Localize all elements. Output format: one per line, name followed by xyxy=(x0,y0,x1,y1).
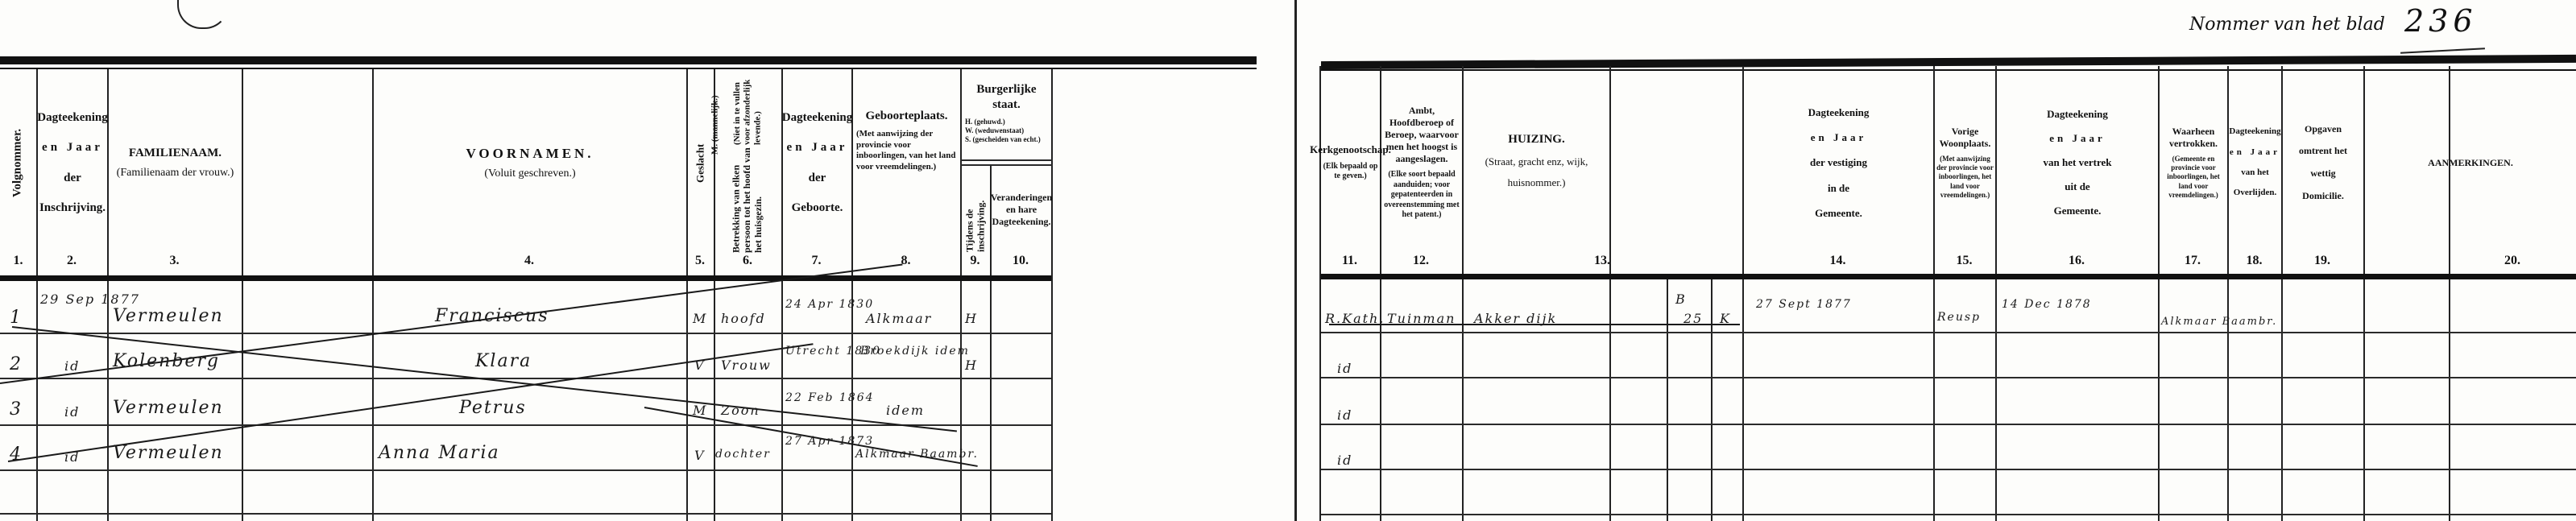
header-line: der xyxy=(64,163,81,194)
cell-geboorteplaats: Alkmaar xyxy=(866,311,932,326)
header-title: HUIZING. xyxy=(1508,132,1564,147)
header-huizing: HUIZING. (Straat, gracht enz, wijk, huis… xyxy=(1464,74,1609,251)
header-subtitle: (Elk bepaald op te geven.) xyxy=(1321,162,1380,182)
cell-inschrijving: id xyxy=(64,404,80,420)
cell-vertrek: 14 Dec 1878 xyxy=(2002,298,2092,311)
strike-line xyxy=(1329,324,1740,325)
header-subtitle: (Familienaam der vrouw.) xyxy=(117,166,234,180)
header-line: Dagteekening xyxy=(2047,102,2108,126)
col-number: 15. xyxy=(1933,254,1995,268)
header-voornamen: VOORNAMEN. (Voluit geschreven.) xyxy=(374,72,686,254)
cell-voornamen: Petrus xyxy=(459,398,527,418)
header-subtitle: (Gemeente en provincie voor inboorlingen… xyxy=(2160,155,2227,200)
cell-geboorteplaats: Broekdijk idem xyxy=(860,345,970,358)
col-divider xyxy=(2449,66,2450,521)
header-line: Gemeente. xyxy=(1815,201,1862,225)
header-top-rule-thin xyxy=(1321,69,2576,71)
legend-weduwenstaat: W. (weduwenstaat) xyxy=(965,126,1041,135)
cell-volgnr: 1 xyxy=(10,308,23,328)
header-tijdens-inschrijving: Tijdens de inschrijving. xyxy=(962,167,990,252)
header-dagteekening-overlijden: Dagteekening en Jaar van het Overlijden. xyxy=(2229,74,2281,251)
cell-betrekking: dochter xyxy=(715,448,771,461)
col-number: 9. xyxy=(960,254,990,268)
col-number: 10. xyxy=(990,254,1051,268)
header-dagteekening-vestiging: Dagteekening en Jaar der vestiging in de… xyxy=(1744,74,1933,251)
sheet-number-underline xyxy=(2400,48,2485,53)
header-top-rule-thin xyxy=(0,68,1257,69)
header-title: Kerkgenootschap. xyxy=(1310,143,1391,156)
header-line: Dagteekening xyxy=(782,103,853,134)
header-title: VOORNAMEN. xyxy=(466,145,594,162)
cell-geslacht: M xyxy=(693,311,707,326)
header-title: Geboorteplaats. xyxy=(865,109,947,124)
header-line: en Jaar xyxy=(787,133,848,163)
col-number: 4. xyxy=(372,254,686,268)
cell-betrekking: hoofd xyxy=(721,311,766,326)
cell-kerk: id xyxy=(1337,453,1352,468)
row-line xyxy=(0,378,1051,379)
row-line xyxy=(1321,514,2576,515)
header-dagteekening-geboorte: Dagteekening en Jaar der Geboorte. xyxy=(783,72,851,254)
cell-familienaam: Vermeulen xyxy=(113,443,224,463)
header-burgerlijke-staat: Burgerlijke staat. H. (gehuwd.) W. (wedu… xyxy=(962,74,1051,159)
header-line: wettig xyxy=(2310,163,2335,185)
header-waarheen: Waarheen vertrokken. (Gemeente en provin… xyxy=(2160,74,2227,251)
col-number: 18. xyxy=(2227,254,2281,268)
header-subtitle: (Elke soort bepaald aanduiden; voor gepa… xyxy=(1381,170,1462,221)
header-title: Betrekking van elken persoon tot het hoo… xyxy=(731,145,764,253)
header-line: en Jaar xyxy=(1811,125,1867,150)
header-vorige-woonplaats: Vorige Woonplaats. (Met aanwijzing der p… xyxy=(1935,74,1995,251)
header-domicilie: Opgaven omtrent het wettig Domicilie. xyxy=(2283,74,2363,251)
col-number: 19. xyxy=(2281,254,2363,268)
header-line: Overlijden. xyxy=(2234,183,2276,203)
header-bottom-rule xyxy=(0,275,1051,281)
cell-vorige: Reusp xyxy=(1937,311,1981,324)
cell-geboorte: 24 Apr 1830 xyxy=(785,298,874,311)
header-veranderingen: Veranderingen en hare Dagteekening. xyxy=(992,167,1051,252)
header-familienaam: FAMILIENAAM. (Familienaam der vrouw.) xyxy=(109,72,242,254)
header-subtitle: (Met aanwijzing der provincie voor inboo… xyxy=(1935,155,1995,200)
col-number: 5. xyxy=(686,254,714,268)
header-line: en Jaar xyxy=(2049,126,2106,151)
header-subtitle: (Met aanwijzing der provincie voor inboo… xyxy=(853,129,960,173)
header-bottom-rule xyxy=(1321,274,2576,279)
header-volgnommer: Volgnommer. xyxy=(2,72,34,254)
header-voornamen-spacer xyxy=(243,72,372,254)
header-line: Opgaven xyxy=(2305,118,2342,141)
header-line: en Jaar xyxy=(42,133,103,163)
burgerlijke-staat-divider xyxy=(960,159,1053,161)
header-top-rule xyxy=(1321,55,2576,69)
header-line: Dagteekening xyxy=(2229,122,2280,142)
cell-kerk: id xyxy=(1337,361,1352,376)
cell-geboorte: 22 Feb 1864 xyxy=(785,391,875,404)
cell-waarheen: Alkmaar Baambr. xyxy=(2161,316,2277,328)
header-line: van het vertrek xyxy=(2044,151,2112,175)
cell-betrekking: Vrouw xyxy=(721,358,772,373)
col-sub-divider xyxy=(1711,275,1713,521)
burgerlijke-staat-divider xyxy=(960,164,1053,166)
header-line: van het xyxy=(2241,163,2269,183)
header-top-rule xyxy=(0,56,1257,64)
col-number: 20. xyxy=(2449,254,2576,268)
row-line xyxy=(1321,424,2576,425)
cell-familienaam: Vermeulen xyxy=(113,306,224,326)
header-aanmerkingen: AANMERKINGEN. xyxy=(2365,74,2576,251)
cell-geboorteplaats: idem xyxy=(886,403,925,418)
header-geboorteplaats: Geboorteplaats. (Met aanwijzing der prov… xyxy=(853,72,960,217)
row-line xyxy=(1321,332,2576,333)
header-kerkgenootschap: Kerkgenootschap. (Elk bepaald op te geve… xyxy=(1321,74,1380,251)
header-subtitle: (Niet in te vullen voor afzonderlijk lev… xyxy=(732,74,763,145)
header-beroep: Ambt, Hoofdberoep of Beroep, waarvoor me… xyxy=(1381,74,1462,251)
header-line: der vestiging xyxy=(1810,150,1867,175)
col-number: 2. xyxy=(36,254,107,268)
header-title: Ambt, Hoofdberoep of Beroep, waarvoor me… xyxy=(1381,105,1462,165)
col-number: 14. xyxy=(1742,254,1933,268)
header-line: Inschrijving. xyxy=(39,193,106,224)
cell-volgnr: 3 xyxy=(10,399,23,420)
header-line: en Jaar xyxy=(2230,143,2280,163)
header-line: Geboorte. xyxy=(792,193,843,224)
header-title: Geslacht xyxy=(695,143,707,182)
cell-volgnr: 2 xyxy=(10,354,23,374)
header-title: Vorige Woonplaats. xyxy=(1935,126,1995,150)
cell-vestiging: 27 Sept 1877 xyxy=(1756,298,1852,311)
legend-gescheiden: S. (gescheiden van echt.) xyxy=(965,135,1041,144)
row-line xyxy=(1321,469,2576,470)
header-line: in de xyxy=(1828,176,1849,201)
cell-staat: H xyxy=(965,358,978,373)
header-title: Waarheen vertrokken. xyxy=(2160,126,2227,150)
header-subtitle: (Voluit geschreven.) xyxy=(484,167,575,181)
col-number: 8. xyxy=(851,254,960,268)
cell-voornamen: Anna Maria xyxy=(379,443,500,463)
cell-familienaam: Vermeulen xyxy=(113,398,224,418)
col-number: 16. xyxy=(1995,254,2158,268)
header-title: FAMILIENAAM. xyxy=(129,146,222,161)
col-sub-divider xyxy=(1667,275,1668,521)
cell-inschrijving: id xyxy=(64,358,80,374)
page-gutter xyxy=(1294,0,1297,521)
col-number: 3. xyxy=(107,254,242,268)
cell-kerk: id xyxy=(1337,407,1352,423)
pencil-mark xyxy=(177,0,229,29)
header-betrekking: Betrekking van elken persoon tot het hoo… xyxy=(715,74,780,253)
col-number: 1. xyxy=(0,254,36,268)
row-line xyxy=(0,469,1051,471)
header-dagteekening-vertrek: Dagteekening en Jaar van het vertrek uit… xyxy=(1997,74,2158,251)
col-divider xyxy=(1051,69,1053,521)
header-line: Dagteekening xyxy=(37,103,108,134)
cell-inschrijving: 29 Sep 1877 xyxy=(40,292,140,307)
row-line xyxy=(1321,377,2576,378)
header-line: omtrent het xyxy=(2299,140,2347,163)
header-huizing-extension xyxy=(1611,74,1742,251)
row-line xyxy=(0,333,1051,334)
header-dagteekening-inschrijving: Dagteekening en Jaar der Inschrijving. xyxy=(38,72,107,254)
header-subtitle: (Straat, gracht enz, wijk, huisnommer.) xyxy=(1464,151,1609,193)
header-line: uit de xyxy=(2065,175,2089,199)
cell-geslacht: V xyxy=(694,448,706,463)
header-line: Domicilie. xyxy=(2302,185,2344,208)
sheet-number-label: Nommer van het blad xyxy=(2189,14,2385,35)
col-number: 12. xyxy=(1380,254,1462,268)
header-title: Burgerlijke staat. xyxy=(962,82,1051,113)
header-line: Gemeente. xyxy=(2054,199,2102,223)
col-number: 17. xyxy=(2158,254,2227,268)
col-number: 11. xyxy=(1319,254,1380,268)
cell-staat: H xyxy=(965,311,978,326)
col-number: 7. xyxy=(781,254,851,268)
sheet-number-value: 236 xyxy=(2404,3,2478,39)
header-line: Dagteekening xyxy=(1808,100,1870,125)
col-divider xyxy=(2363,66,2365,521)
col-number: 6. xyxy=(714,254,781,268)
header-line: der xyxy=(809,163,826,194)
row-line xyxy=(0,513,1051,515)
cell-voornamen: Klara xyxy=(475,351,532,371)
cell-wijk: B xyxy=(1675,292,1687,307)
legend-gehuwd: H. (gehuwd.) xyxy=(965,118,1041,126)
col-number: 13. xyxy=(1462,254,1742,268)
